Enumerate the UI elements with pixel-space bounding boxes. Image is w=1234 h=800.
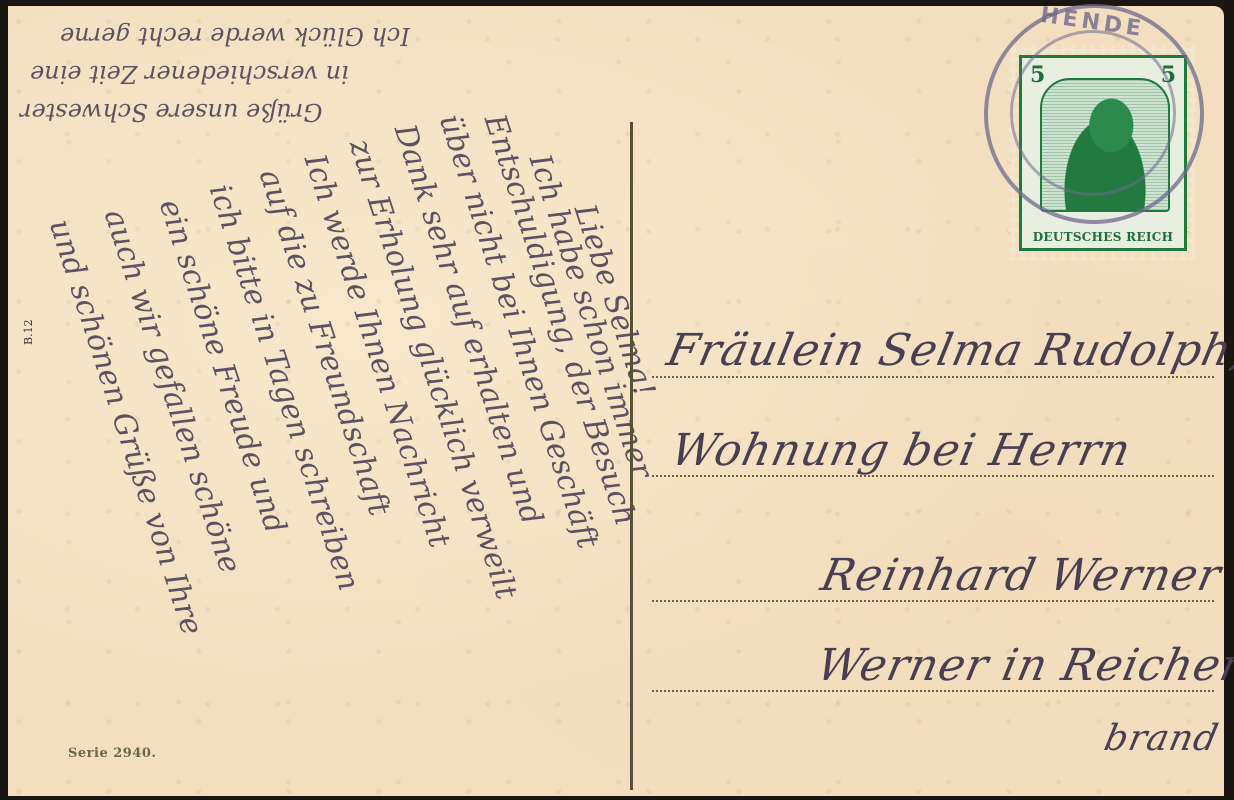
address-line-2: Wohnung bei Herrn [667, 425, 1136, 476]
message-address-divider [630, 122, 633, 790]
publisher-mark: B.12 [22, 319, 35, 345]
address-line-1: Fräulein Selma Rudolph, [663, 325, 1234, 376]
message-upside-down-line: Ich Glück werde recht gerne [60, 22, 410, 50]
address-line-4: Werner in Reichen- [813, 640, 1234, 691]
address-rule-1 [652, 376, 1214, 378]
stamp-country-label: DEUTSCHES REICH [1022, 230, 1184, 244]
address-line-5: brand [1101, 718, 1223, 759]
series-label: Serie 2940. [68, 746, 156, 761]
address-line-3: Reinhard Werner [817, 550, 1226, 601]
postmark-inner-ring [1010, 30, 1176, 196]
message-upside-down-line: Grüße unsere Schwester [20, 98, 322, 126]
message-upside-down-line: in verschiedener Zeit eine [30, 60, 349, 88]
